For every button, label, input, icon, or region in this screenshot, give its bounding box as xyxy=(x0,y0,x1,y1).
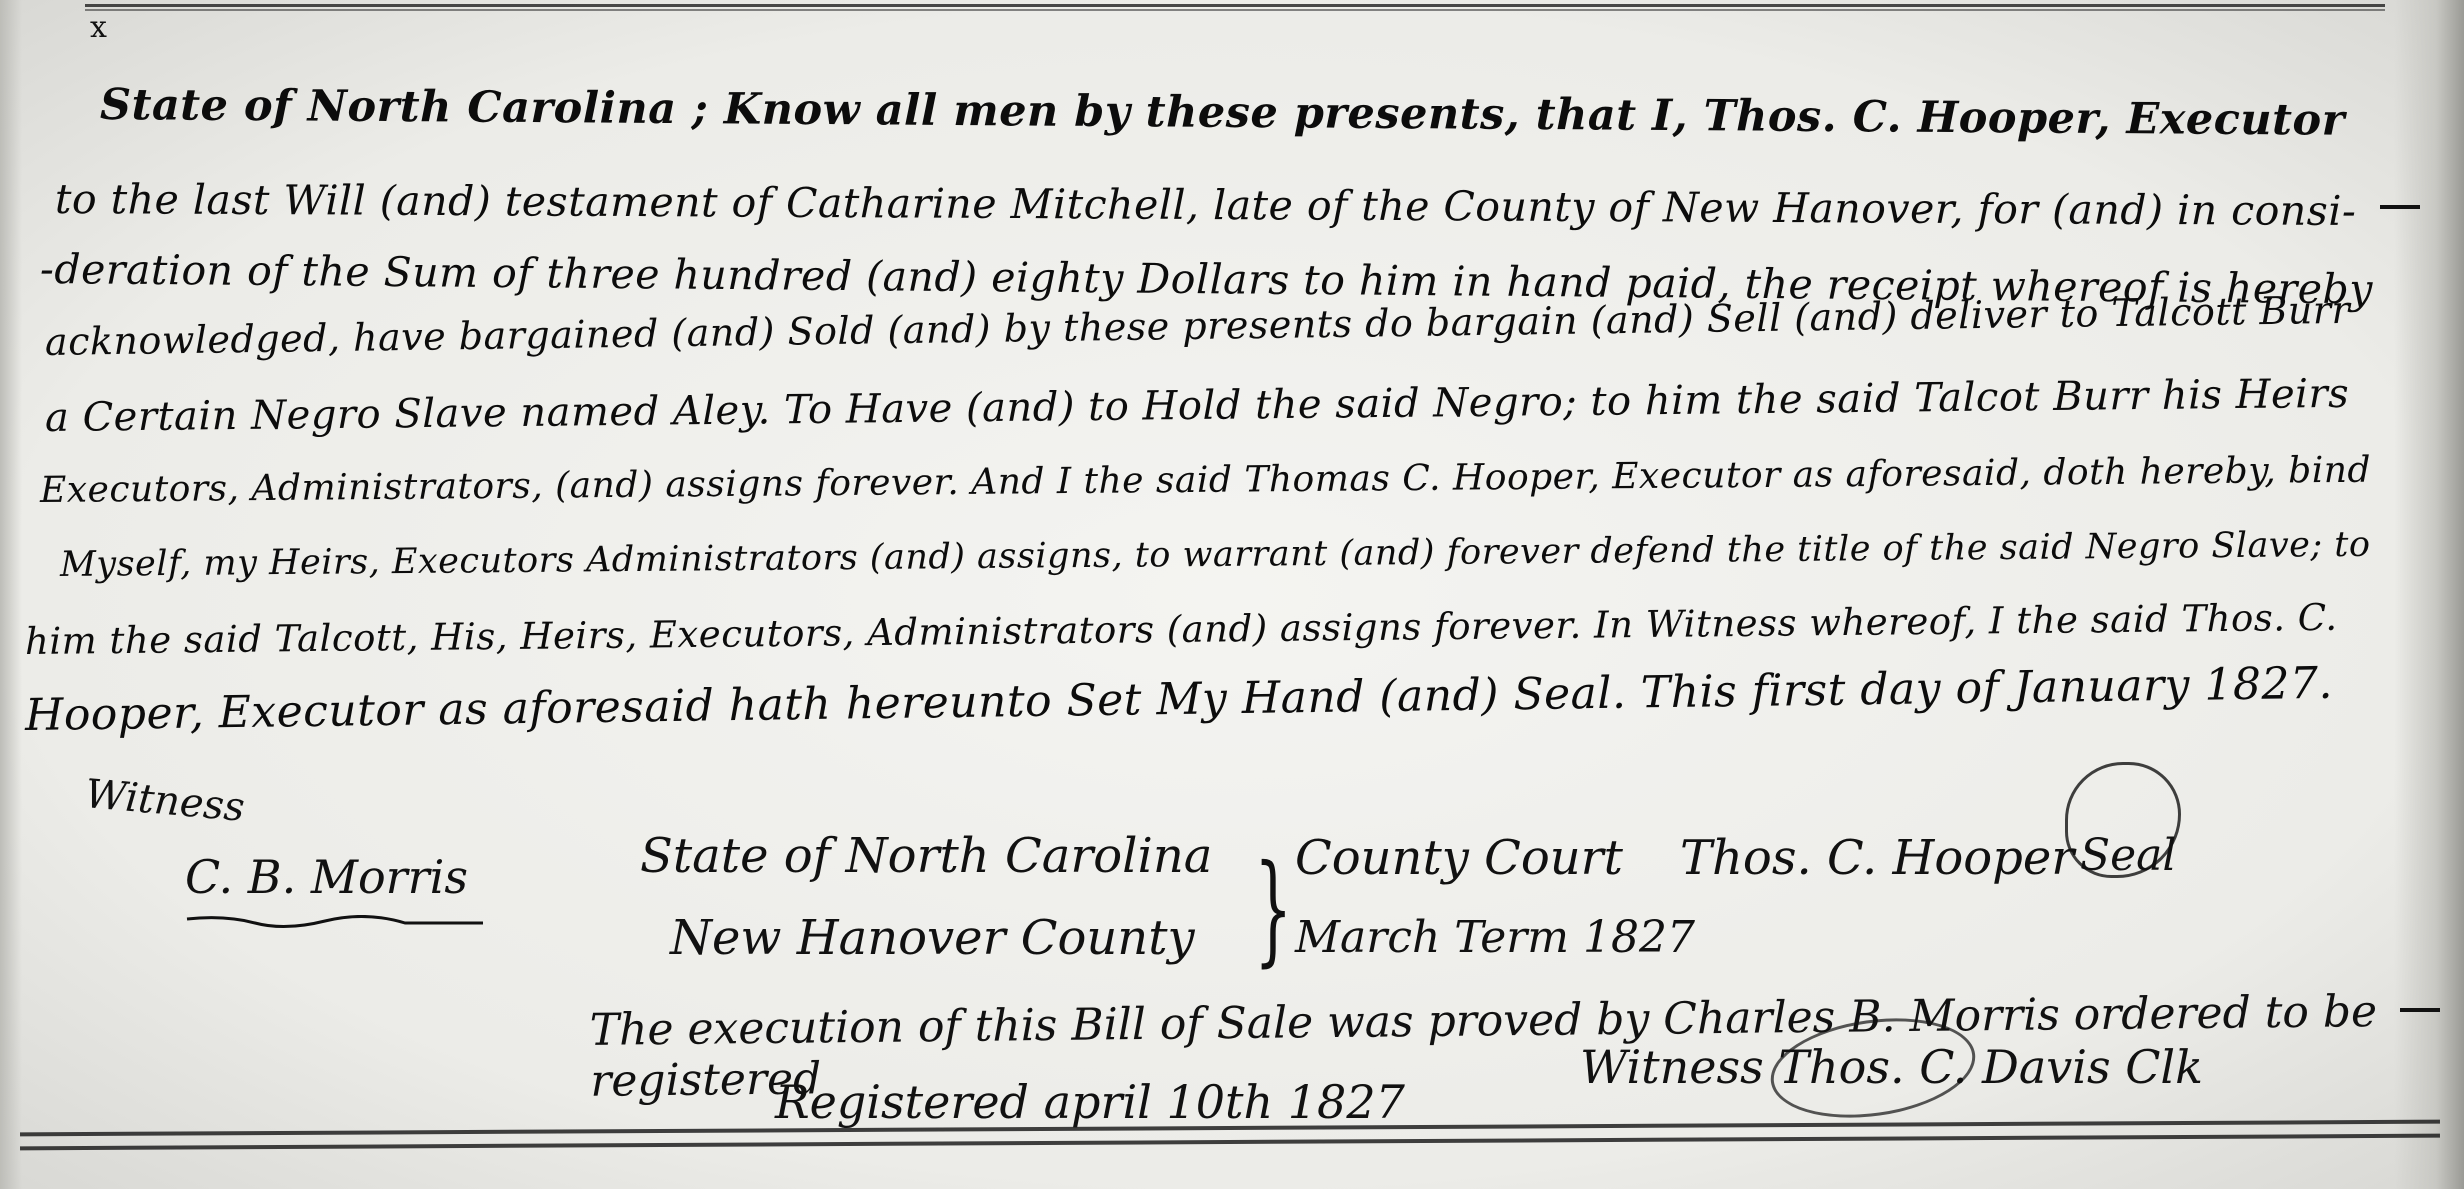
deed-line-7: Myself, my Heirs, Executors Administrato… xyxy=(60,525,2371,585)
court-state: State of North Carolina xyxy=(640,828,1212,884)
deed-line-8: him the said Talcott, His, Heirs, Execut… xyxy=(25,596,2338,663)
line-continuation-dash xyxy=(2400,1008,2440,1012)
margin-mark: x xyxy=(90,10,107,45)
document-page: x State of North Carolina ; Know all men… xyxy=(0,0,2464,1189)
deed-line-6: Executors, Administrators, (and) assigns… xyxy=(40,450,2371,511)
seal-label: Seal xyxy=(2080,830,2177,881)
top-rule xyxy=(85,4,2385,7)
registration-date: Registered april 10th 1827 xyxy=(775,1075,1405,1129)
bottom-rule-secondary xyxy=(20,1134,2440,1151)
witness-label: Witness xyxy=(83,771,246,831)
deed-line-5: a Certain Negro Slave named Aley. To Hav… xyxy=(45,371,2350,441)
brace-icon: } xyxy=(1254,840,1292,979)
deed-line-2: to the last Will (and) testament of Cath… xyxy=(55,175,2357,235)
deed-line-1: State of North Carolina ; Know all men b… xyxy=(100,80,2345,146)
grantor-signature: Thos. C. Hooper xyxy=(1680,830,2074,886)
witness-signature: C. B. Morris xyxy=(185,850,468,904)
line-continuation-dash xyxy=(2380,205,2420,209)
signature-flourish xyxy=(185,915,485,929)
page-edge-left xyxy=(0,0,22,1189)
deed-line-9: Hooper, Executor as aforesaid hath hereu… xyxy=(25,658,2334,741)
top-rule-secondary xyxy=(85,9,2385,11)
court-term: March Term 1827 xyxy=(1295,912,1695,963)
court-county: New Hanover County xyxy=(670,910,1195,966)
court-name: County Court xyxy=(1295,830,1623,886)
